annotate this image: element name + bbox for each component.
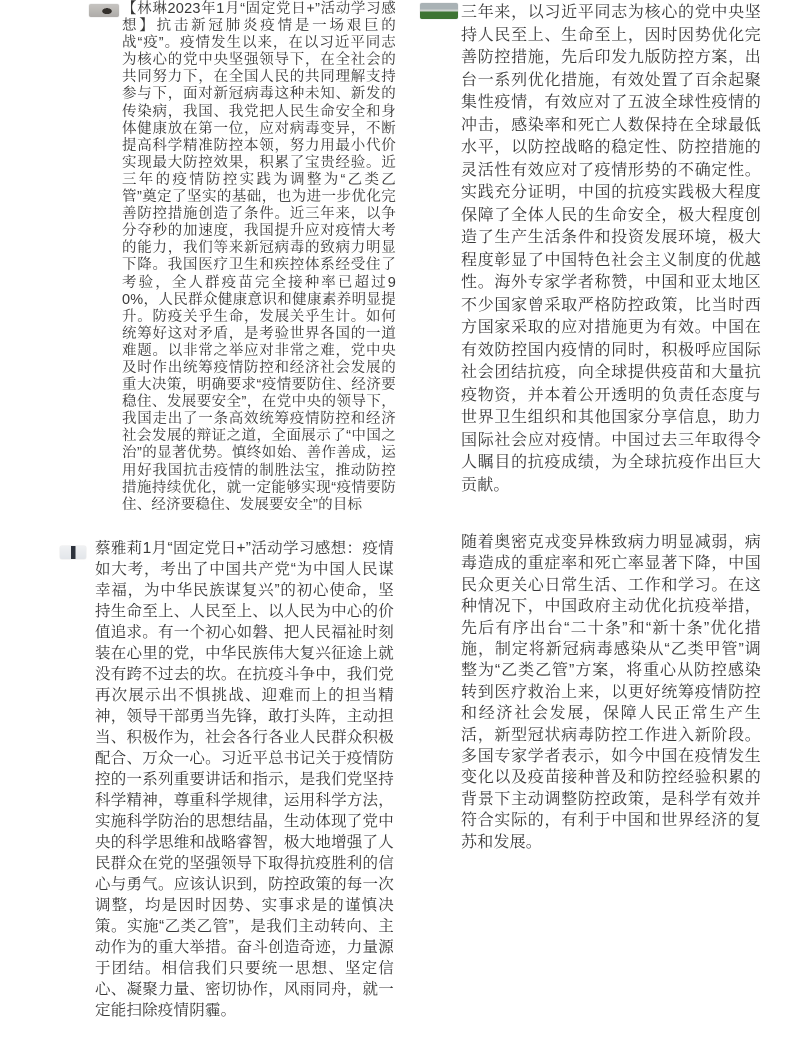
chat-transcript-page: 【林琳2023年1月“固定党日+”活动学习感想】抗击新冠肺炎疫情是一场艰巨的战“… <box>0 0 794 1060</box>
landscape-photo-avatar[interactable] <box>420 3 458 19</box>
message-text: 【林琳2023年1月“固定党日+”活动学习感想】抗击新冠肺炎疫情是一场艰巨的战“… <box>122 1 396 514</box>
photo-thumbnail-avatar[interactable] <box>89 4 119 17</box>
message-text: 三年来，以习近平同志为核心的党中央坚持人民至上、生命至上，因时因势优化完善防控措… <box>461 2 761 497</box>
message-text: 随着奥密克戎变异株致病力明显减弱，病毒造成的重症率和死亡率显著下降，中国民众更关… <box>461 532 761 853</box>
person-photo-avatar[interactable] <box>60 546 86 559</box>
message-text: 蔡雅莉1月“固定党日+”活动学习感想：疫情如大考，考出了中国共产党“为中国人民谋… <box>95 538 394 1021</box>
